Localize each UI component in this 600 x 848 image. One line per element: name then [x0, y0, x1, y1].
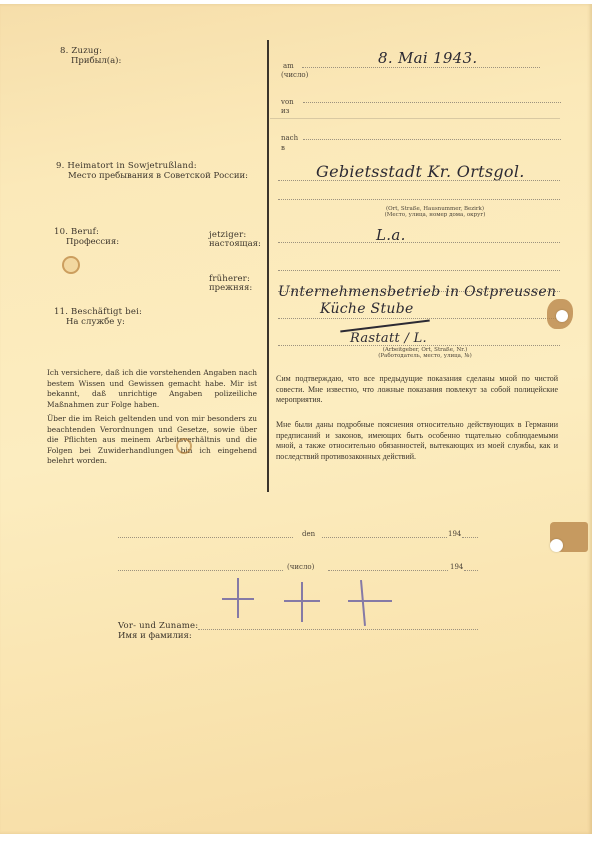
item10-label-de: 10. Beruf:: [54, 227, 99, 237]
nach-label-ru: в: [281, 144, 285, 152]
employer-line1[interactable]: Unternehmensbetrieb in Ostpreussen: [278, 284, 556, 300]
current-job-label-ru: настоящая:: [209, 239, 261, 249]
item8-label-ru: Прибыл(а):: [71, 56, 121, 66]
nach-label-de: nach: [281, 134, 298, 142]
am-line: [302, 67, 540, 68]
employer-line-rule1: [278, 318, 560, 319]
home-place-value[interactable]: Gebietsstadt Kr. Ortsgol.: [316, 162, 525, 181]
declaration-ru-paragraph1: Сим подтверждаю, что все предыдущие пока…: [276, 374, 558, 406]
item9-line2: [278, 199, 560, 200]
declaration-ru-paragraph2: Мне были даны подробные пояснения относи…: [276, 420, 558, 462]
item11-caption-ru: (Работодатель, место, улица, №): [350, 353, 500, 360]
nach-line: [303, 139, 561, 140]
von-label-de: von: [281, 98, 294, 106]
name-label-ru: Имя и фамилия:: [118, 631, 192, 641]
current-job-line: [278, 242, 560, 243]
chislo-label: (число): [287, 563, 314, 571]
year-line-1: [462, 537, 478, 538]
column-divider: [267, 40, 269, 492]
item11-label-ru: На службе у:: [66, 317, 125, 327]
stain-mark: [62, 256, 80, 274]
declaration-de-paragraph1: Ich versichere, daß ich die vorstehenden…: [47, 368, 257, 410]
stain-ring-mark: [176, 438, 192, 454]
von-label-ru: из: [281, 107, 289, 115]
item11-label-de: 11. Beschäftigt bei:: [54, 307, 142, 317]
employer-line3[interactable]: Rastatt / L.: [350, 331, 427, 346]
arrival-date-value[interactable]: 8. Mai 1943.: [378, 49, 478, 67]
year-label-2: 194: [450, 563, 463, 571]
declaration-de-paragraph2: Über die im Reich geltenden und von mir …: [47, 414, 257, 467]
den-label: den: [302, 530, 315, 538]
place-line-ru: [118, 570, 283, 571]
punch-hole-top: [556, 310, 568, 322]
former-job-label-ru: прежняя:: [209, 283, 252, 293]
item9-label-de: 9. Heimatort in Sowjetrußland:: [56, 161, 197, 171]
name-label-de: Vor- und Zuname:: [118, 621, 198, 631]
item9-line1: [278, 180, 560, 181]
punch-hole-bottom: [550, 539, 563, 552]
am-label-ru: (число): [281, 71, 308, 79]
row-rule: [270, 118, 560, 119]
item8-label-de: 8. Zuzug:: [60, 46, 102, 56]
am-label-de: am: [283, 62, 294, 70]
job-separator-line: [278, 270, 560, 271]
item9-caption-ru: (Место, улица, номер дома, округ): [360, 212, 510, 219]
item9-label-ru: Место пребывания в Советской России:: [68, 171, 248, 181]
von-line: [303, 102, 561, 103]
name-line: [198, 629, 478, 630]
form-page: 8. Zuzug: Прибыл(а): am (число) 8. Mai 1…: [0, 4, 592, 834]
place-line: [118, 537, 293, 538]
year-label-1: 194: [448, 530, 461, 538]
year-line-2: [464, 570, 478, 571]
employer-line-rule2: [278, 345, 560, 346]
date-line: [322, 537, 447, 538]
date-line-ru: [328, 570, 448, 571]
item10-label-ru: Профессия:: [66, 237, 119, 247]
employer-line2[interactable]: Küche Stube: [320, 301, 414, 317]
